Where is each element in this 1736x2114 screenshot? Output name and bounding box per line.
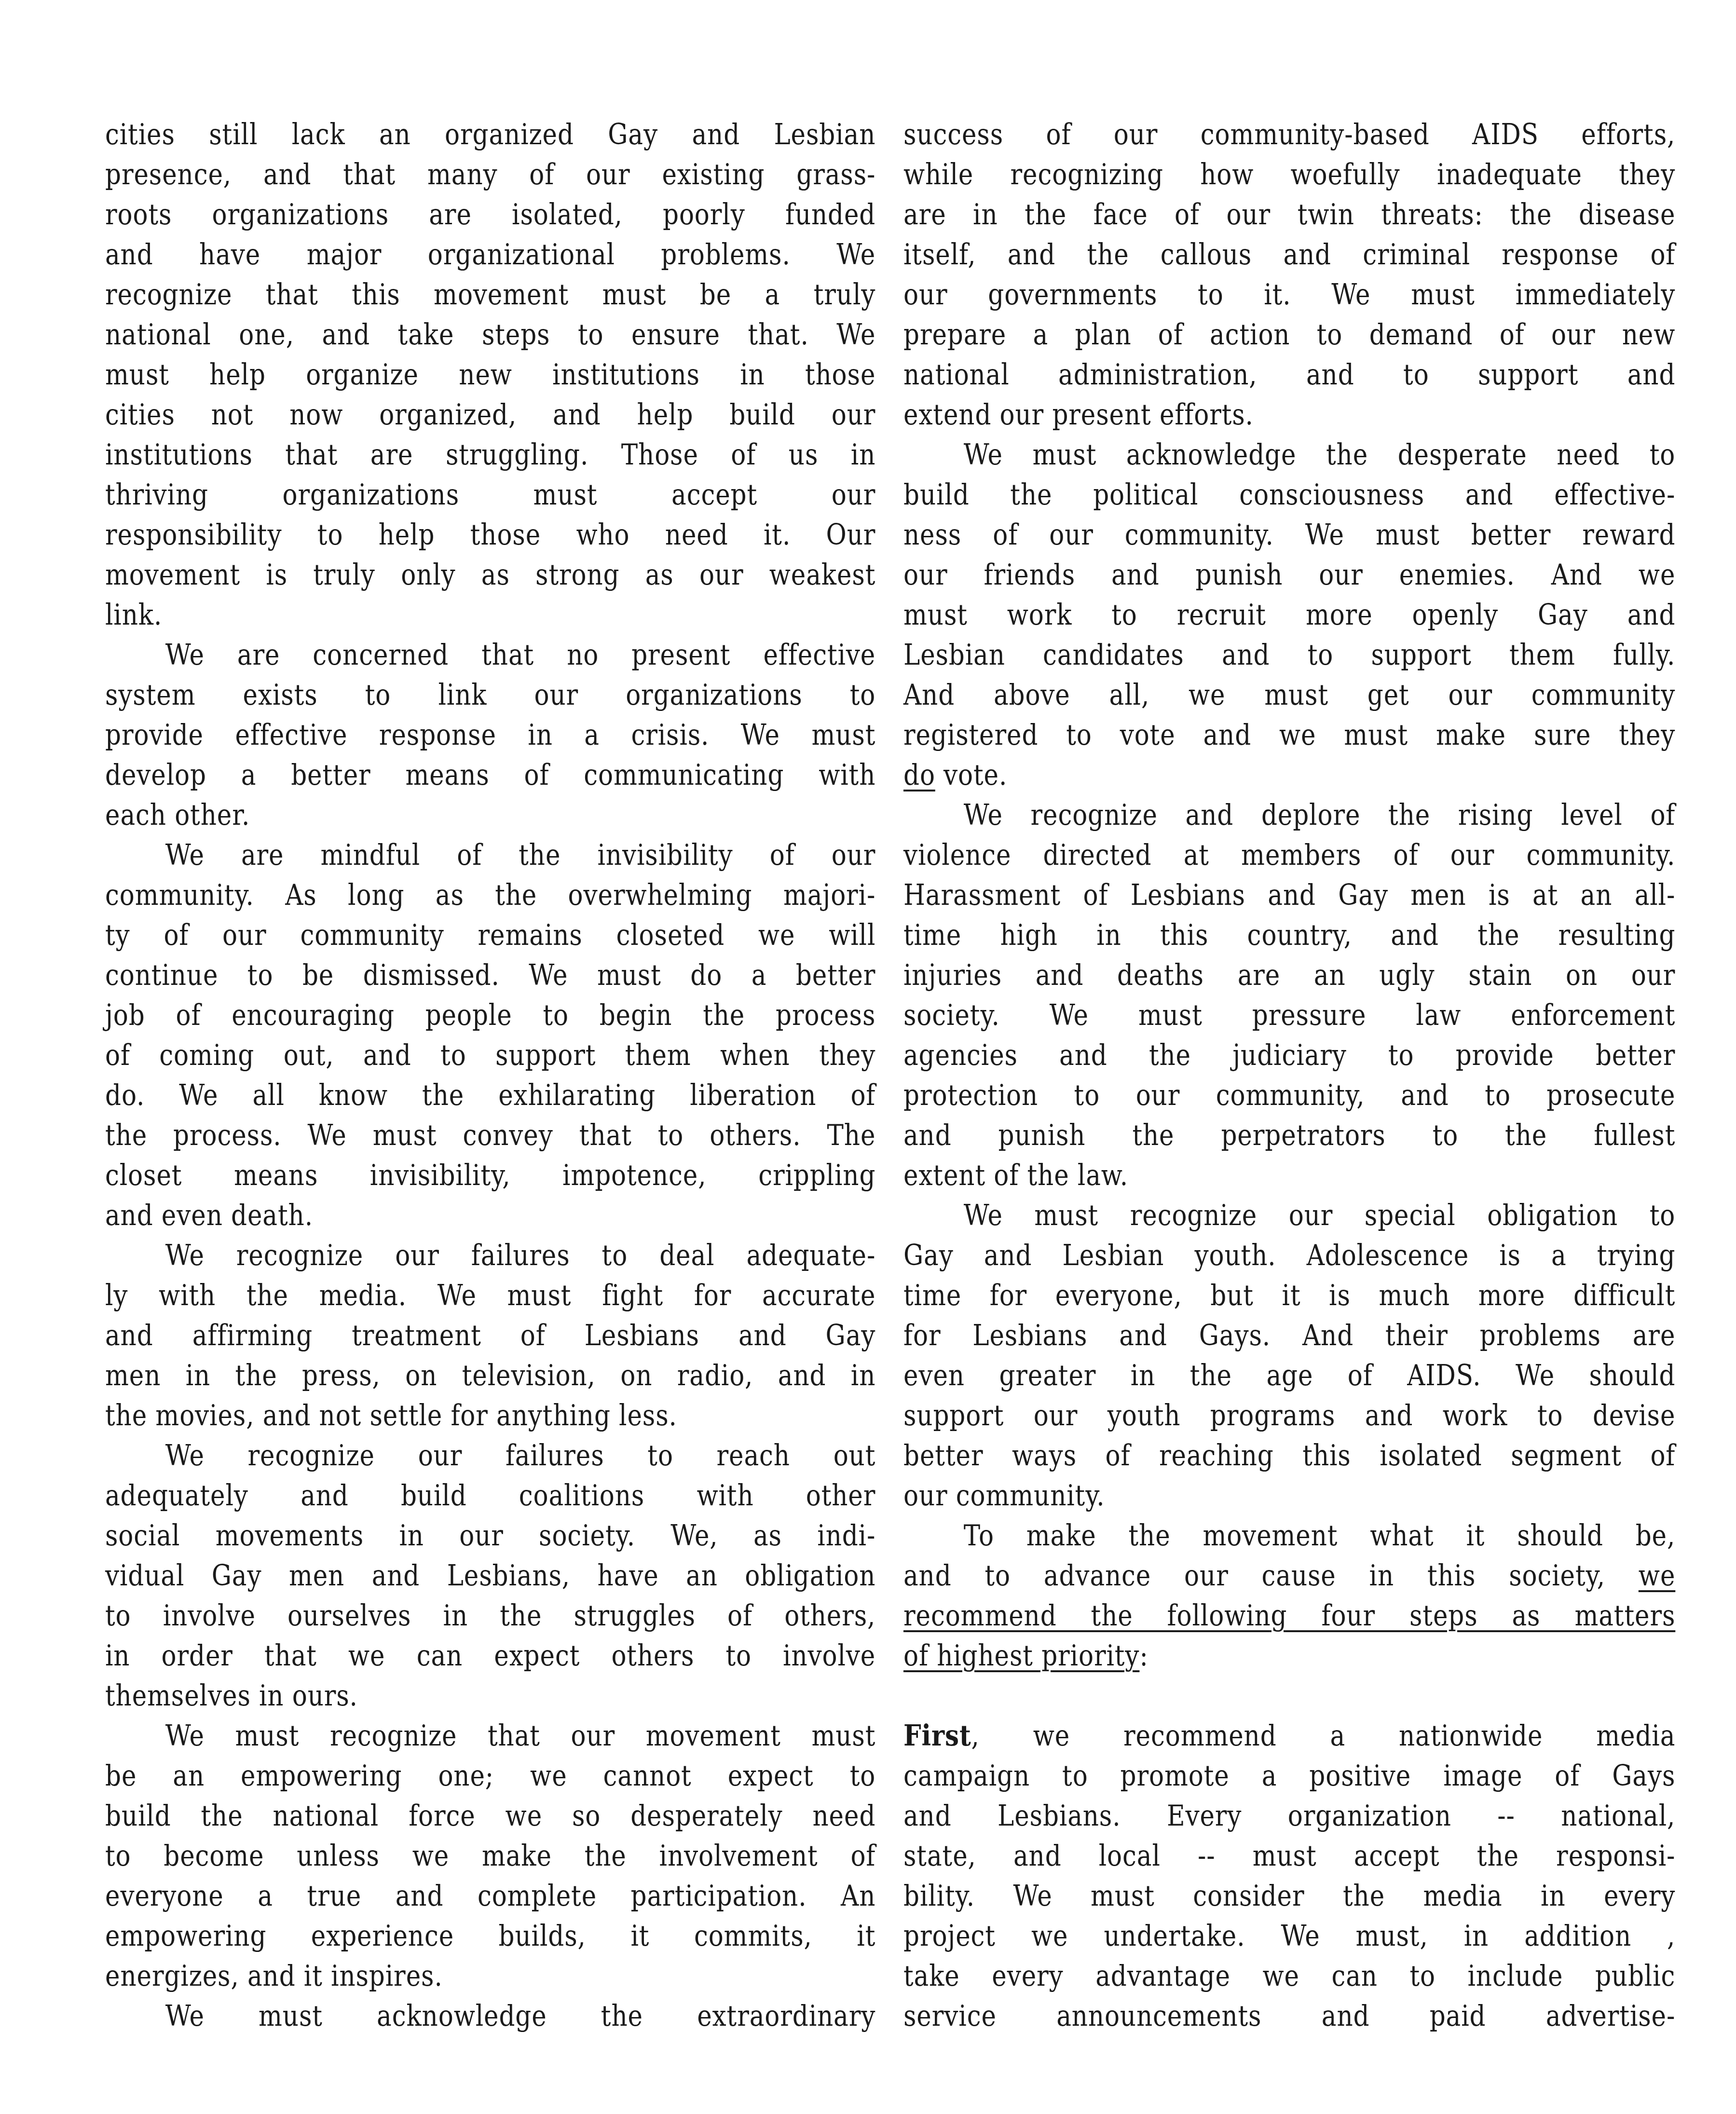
- line-text: and affirming treatment of Lesbians and …: [105, 1319, 875, 1352]
- line-text: We are concerned that no present effecti…: [165, 638, 876, 672]
- text-line: prepare a plan of action to demand of ou…: [903, 315, 1675, 355]
- text-line: We must acknowledge the extraordinary: [105, 1996, 875, 2036]
- line-text: social movements in our society. We, as …: [105, 1519, 875, 1553]
- text-line: social movements in our society. We, as …: [105, 1516, 875, 1556]
- line-text: Gay and Lesbian youth. Adolescence is a …: [903, 1239, 1675, 1272]
- text-line: men in the press, on television, on radi…: [105, 1356, 875, 1396]
- text-line: are in the face of our twin threats: the…: [903, 195, 1675, 235]
- text-line: state, and local -- must accept the resp…: [903, 1836, 1675, 1876]
- line-text: We are mindful of the invisibility of ou…: [165, 838, 876, 872]
- text-line: Harassment of Lesbians and Gay men is at…: [903, 875, 1675, 915]
- text-line: thriving organizations must accept our: [105, 475, 875, 515]
- text-line: recognize that this movement must be a t…: [105, 275, 875, 315]
- line-text: be an empowering one; we cannot expect t…: [105, 1759, 875, 1793]
- line-text: support our youth programs and work to d…: [903, 1399, 1675, 1432]
- text-line: itself, and the callous and criminal res…: [903, 235, 1675, 275]
- text-line: and even death.: [105, 1196, 875, 1236]
- line-text: our friends and punish our enemies. And …: [903, 558, 1675, 592]
- line-text: must work to recruit more openly Gay and: [903, 598, 1675, 632]
- text-line: violence directed at members of our comm…: [903, 835, 1675, 875]
- text-line: protection to our community, and to pros…: [903, 1076, 1675, 1116]
- text-line: do vote.: [903, 755, 1675, 795]
- text-line: job of encouraging people to begin the p…: [105, 996, 875, 1036]
- text-line: We recognize our failures to deal adequa…: [105, 1236, 875, 1276]
- line-text: ty of our community remains closeted we …: [105, 918, 875, 952]
- line-text: service announcements and paid advertise…: [903, 1999, 1675, 2033]
- text-line: for Lesbians and Gays. And their problem…: [903, 1316, 1675, 1356]
- line-text: adequately and build coalitions with oth…: [105, 1479, 875, 1513]
- text-line: To make the movement what it should be,: [903, 1516, 1675, 1556]
- line-text: We must acknowledge the extraordinary: [165, 1999, 876, 2033]
- line-text: We recognize our failures to deal adequa…: [165, 1239, 876, 1272]
- text-line: of highest priority:: [903, 1636, 1675, 1676]
- text-line: be an empowering one; we cannot expect t…: [105, 1756, 875, 1796]
- line-text: :: [1139, 1639, 1148, 1673]
- text-line: roots organizations are isolated, poorly…: [105, 195, 875, 235]
- text-line: link.: [105, 595, 875, 635]
- line-text: campaign to promote a positive image of …: [903, 1759, 1675, 1793]
- line-text: and even death.: [105, 1199, 313, 1232]
- text-line: movement is truly only as strong as our …: [105, 555, 875, 595]
- line-text: movement is truly only as strong as our …: [105, 558, 875, 592]
- text-line: ly with the media. We must fight for acc…: [105, 1276, 875, 1316]
- line-text: extend our present efforts.: [903, 398, 1254, 432]
- text-line: service announcements and paid advertise…: [903, 1996, 1675, 2036]
- line-text: in order that we can expect others to in…: [105, 1639, 875, 1673]
- line-text: and punish the perpetrators to the fulle…: [903, 1118, 1675, 1152]
- text-line: We must recognize that our movement must: [105, 1716, 875, 1756]
- line-text: of coming out, and to support them when …: [105, 1038, 875, 1072]
- text-line: recommend the following four steps as ma…: [903, 1596, 1675, 1636]
- line-text: our community.: [903, 1479, 1105, 1513]
- text-line: cities not now organized, and help build…: [105, 395, 875, 435]
- text-line: national one, and take steps to ensure t…: [105, 315, 875, 355]
- text-line: time for everyone, but it is much more d…: [903, 1276, 1675, 1316]
- text-line: and Lesbians. Every organization -- nati…: [903, 1796, 1675, 1836]
- line-text: success of our community-based AIDS effo…: [903, 118, 1675, 151]
- line-text: state, and local -- must accept the resp…: [903, 1839, 1675, 1873]
- text-line: take every advantage we can to include p…: [903, 1956, 1675, 1996]
- underlined-text: recommend the following four steps as ma…: [903, 1599, 1675, 1633]
- text-line: the process. We must convey that to othe…: [105, 1116, 875, 1156]
- text-line: agencies and the judiciary to provide be…: [903, 1036, 1675, 1076]
- text-line: the movies, and not settle for anything …: [105, 1396, 875, 1436]
- line-text: registered to vote and we must make sure…: [903, 718, 1675, 752]
- text-line: our governments to it. We must immediate…: [903, 275, 1675, 315]
- line-text: empowering experience builds, it commits…: [105, 1919, 875, 1953]
- text-line: ty of our community remains closeted we …: [105, 915, 875, 955]
- text-line: campaign to promote a positive image of …: [903, 1756, 1675, 1796]
- line-text: for Lesbians and Gays. And their problem…: [903, 1319, 1675, 1352]
- text-line: We are mindful of the invisibility of ou…: [105, 835, 875, 875]
- line-text: We must acknowledge the desperate need t…: [964, 438, 1676, 472]
- line-text: national one, and take steps to ensure t…: [105, 318, 875, 352]
- underlined-text: we: [1639, 1559, 1675, 1593]
- text-line: Lesbian candidates and to support them f…: [903, 635, 1675, 675]
- text-line: presence, and that many of our existing …: [105, 155, 875, 195]
- text-line: in order that we can expect others to in…: [105, 1636, 875, 1676]
- text-line: energizes, and it inspires.: [105, 1956, 875, 1996]
- line-text: vote.: [935, 758, 1007, 792]
- text-line: and affirming treatment of Lesbians and …: [105, 1316, 875, 1356]
- document-page: cities still lack an organized Gay and L…: [0, 0, 1736, 2114]
- text-line: cities still lack an organized Gay and L…: [105, 115, 875, 155]
- line-text: responsibility to help those who need it…: [105, 518, 875, 552]
- line-text: presence, and that many of our existing …: [105, 158, 875, 191]
- text-line: must work to recruit more openly Gay and: [903, 595, 1675, 635]
- line-text: link.: [105, 598, 162, 632]
- text-line: develop a better means of communicating …: [105, 755, 875, 795]
- text-line: bility. We must consider the media in ev…: [903, 1876, 1675, 1916]
- line-text: the process. We must convey that to othe…: [105, 1118, 875, 1152]
- text-line: vidual Gay men and Lesbians, have an obl…: [105, 1556, 875, 1596]
- line-text: each other.: [105, 798, 250, 832]
- text-line: do. We all know the exhilarating liberat…: [105, 1076, 875, 1116]
- text-line: and have major organizational problems. …: [105, 235, 875, 275]
- line-text: violence directed at members of our comm…: [903, 838, 1675, 872]
- line-text: project we undertake. We must, in additi…: [903, 1919, 1675, 1953]
- text-line: Gay and Lesbian youth. Adolescence is a …: [903, 1236, 1675, 1276]
- line-text: , we recommend a nationwide media: [971, 1719, 1676, 1753]
- text-line: provide effective response in a crisis. …: [105, 715, 875, 755]
- text-line: time high in this country, and the resul…: [903, 915, 1675, 955]
- line-text: continue to be dismissed. We must do a b…: [105, 958, 875, 992]
- line-text: extent of the law.: [903, 1159, 1128, 1192]
- text-line: to become unless we make the involvement…: [105, 1836, 875, 1876]
- text-line: to involve ourselves in the struggles of…: [105, 1596, 875, 1636]
- text-line: while recognizing how woefully inadequat…: [903, 155, 1675, 195]
- line-text: ly with the media. We must fight for acc…: [105, 1279, 875, 1312]
- line-text: We recognize and deplore the rising leve…: [964, 798, 1676, 832]
- line-text: ness of our community. We must better re…: [903, 518, 1675, 552]
- line-text: while recognizing how woefully inadequat…: [903, 158, 1675, 191]
- line-text: build the political consciousness and ef…: [903, 478, 1675, 512]
- line-text: develop a better means of communicating …: [105, 758, 875, 792]
- right-column: success of our community-based AIDS effo…: [903, 115, 1675, 2036]
- line-text: To make the movement what it should be,: [964, 1519, 1676, 1553]
- line-text: injuries and deaths are an ugly stain on…: [903, 958, 1675, 992]
- line-text: prepare a plan of action to demand of ou…: [903, 318, 1675, 352]
- text-line: institutions that are struggling. Those …: [105, 435, 875, 475]
- line-text: recognize that this movement must be a t…: [105, 278, 875, 312]
- text-line: of coming out, and to support them when …: [105, 1036, 875, 1076]
- line-text: to involve ourselves in the struggles of…: [105, 1599, 875, 1633]
- line-text: community. As long as the overwhelming m…: [105, 878, 875, 912]
- line-text: closet means invisibility, impotence, cr…: [105, 1159, 875, 1192]
- text-line: empowering experience builds, it commits…: [105, 1916, 875, 1956]
- text-line: continue to be dismissed. We must do a b…: [105, 955, 875, 996]
- line-text: cities not now organized, and help build…: [105, 398, 875, 432]
- paragraph-gap: [903, 1676, 1675, 1716]
- text-line: success of our community-based AIDS effo…: [903, 115, 1675, 155]
- line-text: We recognize our failures to reach out: [165, 1439, 876, 1473]
- text-line: extend our present efforts.: [903, 395, 1675, 435]
- underlined-text: do: [903, 758, 935, 792]
- text-line: even greater in the age of AIDS. We shou…: [903, 1356, 1675, 1396]
- line-text: men in the press, on television, on radi…: [105, 1359, 875, 1392]
- text-line: adequately and build coalitions with oth…: [105, 1476, 875, 1516]
- line-text: thriving organizations must accept our: [105, 478, 875, 512]
- text-line: our community.: [903, 1476, 1675, 1516]
- text-line: We recognize our failures to reach out: [105, 1436, 875, 1476]
- line-text: institutions that are struggling. Those …: [105, 438, 875, 472]
- underlined-text: of highest priority: [903, 1639, 1139, 1673]
- line-text: Lesbian candidates and to support them f…: [903, 638, 1675, 672]
- line-text: roots organizations are isolated, poorly…: [105, 198, 875, 232]
- line-text: to become unless we make the involvement…: [105, 1839, 875, 1873]
- text-line: extent of the law.: [903, 1156, 1675, 1196]
- line-text: We must recognize that our movement must: [165, 1719, 876, 1753]
- text-line: We are concerned that no present effecti…: [105, 635, 875, 675]
- line-text: vidual Gay men and Lesbians, have an obl…: [105, 1559, 875, 1593]
- line-text: bility. We must consider the media in ev…: [903, 1879, 1675, 1913]
- line-text: time high in this country, and the resul…: [903, 918, 1675, 952]
- text-line: First, we recommend a nationwide media: [903, 1716, 1675, 1756]
- line-text: system exists to link our organizations …: [105, 678, 875, 712]
- line-text: and to advance our cause in this society…: [903, 1559, 1639, 1593]
- line-text: must help organize new institutions in t…: [105, 358, 875, 392]
- text-line: We recognize and deplore the rising leve…: [903, 795, 1675, 835]
- text-line: community. As long as the overwhelming m…: [105, 875, 875, 915]
- line-text: job of encouraging people to begin the p…: [105, 998, 875, 1032]
- text-line: everyone a true and complete participati…: [105, 1876, 875, 1916]
- text-line: responsibility to help those who need it…: [105, 515, 875, 555]
- text-line: build the national force we so desperate…: [105, 1796, 875, 1836]
- text-line: project we undertake. We must, in additi…: [903, 1916, 1675, 1956]
- text-line: our friends and punish our enemies. And …: [903, 555, 1675, 595]
- line-text: and Lesbians. Every organization -- nati…: [903, 1799, 1675, 1833]
- line-text: better ways of reaching this isolated se…: [903, 1439, 1675, 1473]
- line-text: even greater in the age of AIDS. We shou…: [903, 1359, 1675, 1392]
- line-text: And above all, we must get our community: [903, 678, 1675, 712]
- text-line: and to advance our cause in this society…: [903, 1556, 1675, 1596]
- text-line: ness of our community. We must better re…: [903, 515, 1675, 555]
- text-line: better ways of reaching this isolated se…: [903, 1436, 1675, 1476]
- text-line: each other.: [105, 795, 875, 835]
- line-text: protection to our community, and to pros…: [903, 1078, 1675, 1112]
- line-text: national administration, and to support …: [903, 358, 1675, 392]
- text-line: build the political consciousness and ef…: [903, 475, 1675, 515]
- line-text: Harassment of Lesbians and Gay men is at…: [903, 878, 1675, 912]
- text-line: system exists to link our organizations …: [105, 675, 875, 715]
- text-line: injuries and deaths are an ugly stain on…: [903, 955, 1675, 996]
- line-text: society. We must pressure law enforcemen…: [903, 998, 1675, 1032]
- line-text: the movies, and not settle for anything …: [105, 1399, 677, 1432]
- text-line: and punish the perpetrators to the fulle…: [903, 1116, 1675, 1156]
- line-text: themselves in ours.: [105, 1679, 358, 1713]
- line-text: We must recognize our special obligation…: [964, 1199, 1676, 1232]
- line-text: build the national force we so desperate…: [105, 1799, 875, 1833]
- line-text: do. We all know the exhilarating liberat…: [105, 1078, 875, 1112]
- text-line: registered to vote and we must make sure…: [903, 715, 1675, 755]
- left-column: cities still lack an organized Gay and L…: [105, 115, 875, 2036]
- text-line: must help organize new institutions in t…: [105, 355, 875, 395]
- line-text: itself, and the callous and criminal res…: [903, 238, 1675, 272]
- line-text: energizes, and it inspires.: [105, 1959, 443, 1993]
- text-line: themselves in ours.: [105, 1676, 875, 1716]
- line-text: take every advantage we can to include p…: [903, 1959, 1675, 1993]
- line-text: everyone a true and complete participati…: [105, 1879, 875, 1913]
- bold-lead-word: First: [903, 1719, 971, 1753]
- line-text: provide effective response in a crisis. …: [105, 718, 875, 752]
- text-line: And above all, we must get our community: [903, 675, 1675, 715]
- text-line: national administration, and to support …: [903, 355, 1675, 395]
- text-line: society. We must pressure law enforcemen…: [903, 996, 1675, 1036]
- line-text: our governments to it. We must immediate…: [903, 278, 1675, 312]
- line-text: are in the face of our twin threats: the…: [903, 198, 1675, 232]
- line-text: cities still lack an organized Gay and L…: [105, 118, 875, 151]
- text-line: support our youth programs and work to d…: [903, 1396, 1675, 1436]
- text-line: We must recognize our special obligation…: [903, 1196, 1675, 1236]
- text-line: closet means invisibility, impotence, cr…: [105, 1156, 875, 1196]
- line-text: time for everyone, but it is much more d…: [903, 1279, 1675, 1312]
- line-text: and have major organizational problems. …: [105, 238, 875, 272]
- line-text: agencies and the judiciary to provide be…: [903, 1038, 1675, 1072]
- text-line: We must acknowledge the desperate need t…: [903, 435, 1675, 475]
